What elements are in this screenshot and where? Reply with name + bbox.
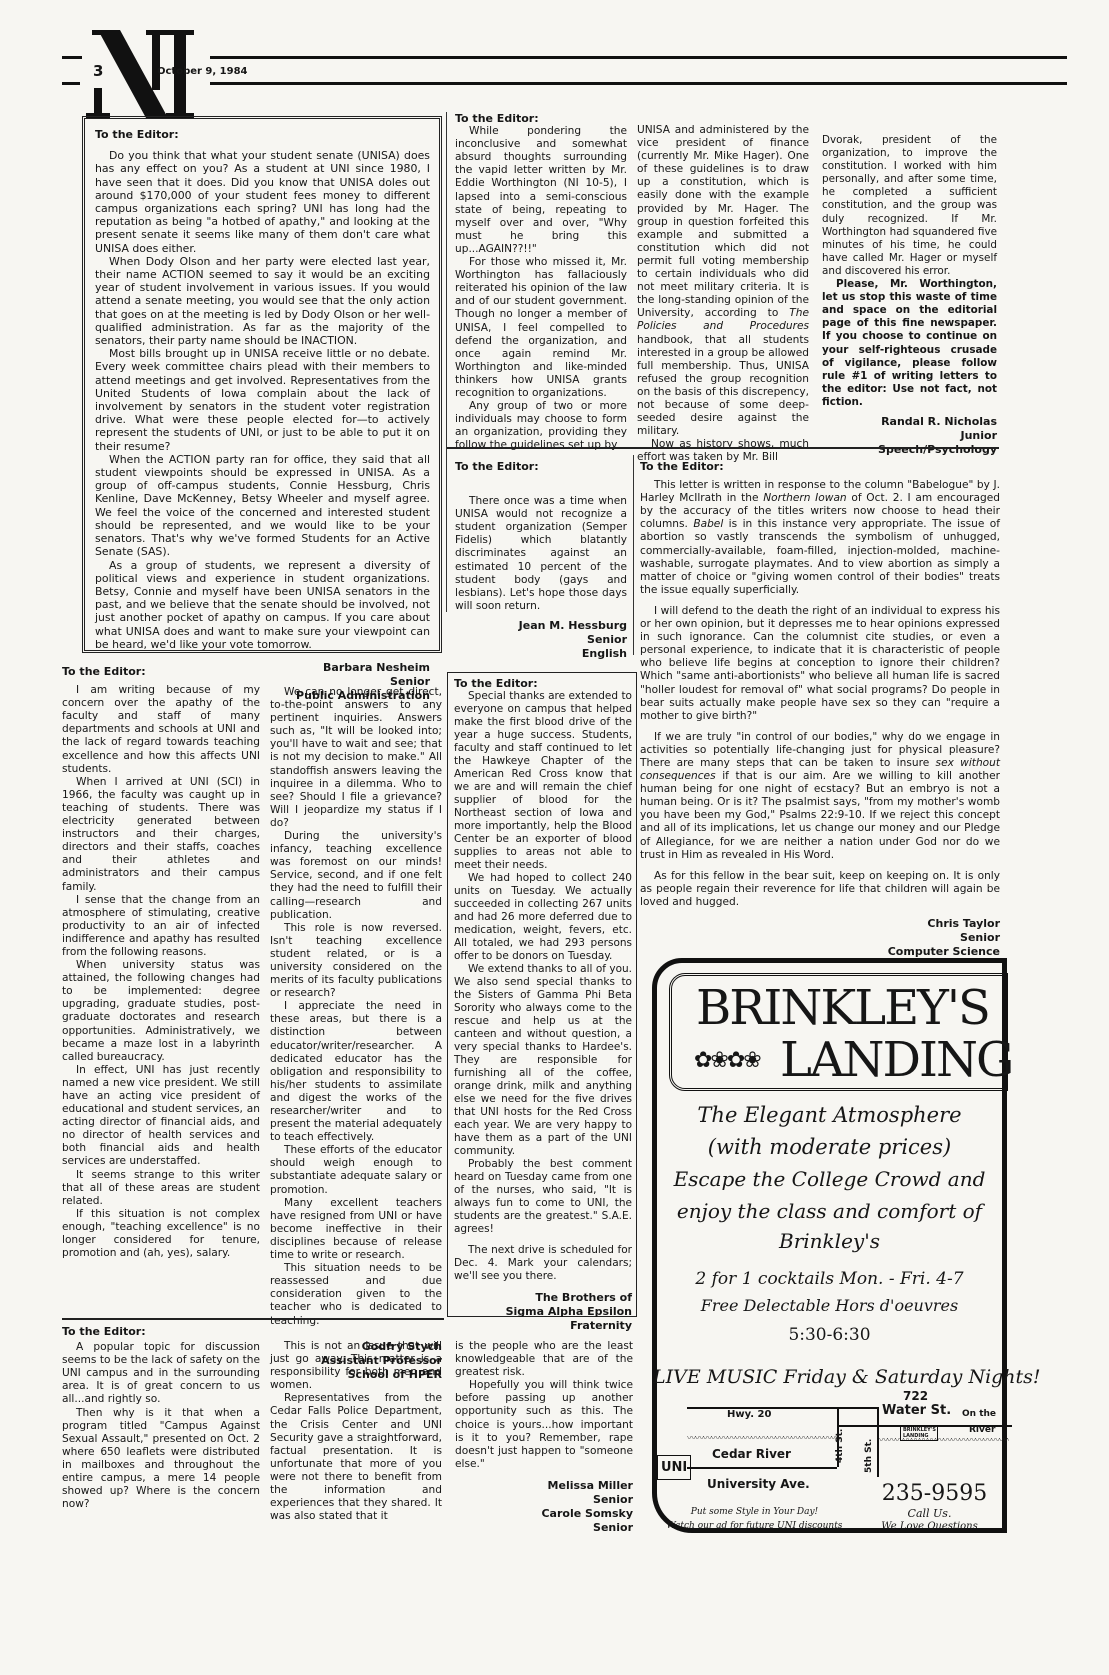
column-rule: [633, 455, 634, 655]
masthead-top-rule: [62, 56, 1067, 59]
letter-paragraph: During the university's infancy, teachin…: [270, 830, 442, 922]
letter-paragraph: This role is now reversed. Isn't teachin…: [270, 922, 442, 1001]
letter-paragraph: While pondering the inconclusive and som…: [455, 125, 627, 256]
letter-miller-col1: To the Editor: A popular topic for discu…: [62, 1325, 260, 1511]
letter-paragraph: For those who missed it, Mr. Worthington…: [455, 256, 627, 400]
letter-paragraph: Any group of two or more individuals may…: [455, 400, 627, 452]
letter-nesheim: To the Editor: Do you think that what yo…: [95, 128, 430, 703]
ad-tagline-5: Brinkley's: [657, 1229, 1002, 1253]
signature-title-2: Senior: [455, 1521, 633, 1535]
letter-paragraph: The next drive is scheduled for Dec. 4. …: [454, 1244, 632, 1283]
letter-paragraph: If we are truly "in control of our bodie…: [640, 731, 1000, 862]
issue-date: October 9, 1984: [157, 66, 248, 77]
ad-special-2: Free Delectable Hors d'oeuvres: [657, 1296, 1002, 1315]
letter-stych-col1: To the Editor: I am writing because of m…: [62, 665, 260, 1260]
letter-heading: To the Editor:: [455, 460, 627, 473]
letter-paragraph: If this situation is not complex enough,…: [62, 1208, 260, 1260]
letter-nicholas-col1: To the Editor: While pondering the incon…: [455, 112, 627, 452]
letter-paragraph: A popular topic for discussion seems to …: [62, 1341, 260, 1406]
letter-paragraph: Representatives from the Cedar Falls Pol…: [270, 1392, 442, 1523]
letter-paragraph: There once was a time when UNISA would n…: [455, 495, 627, 613]
map-label-on-the: On the: [962, 1409, 996, 1419]
letter-paragraph: Many excellent teachers have resigned fr…: [270, 1197, 442, 1262]
signature-dept: Computer Science: [640, 945, 1000, 959]
masthead-bottom-rule: [62, 82, 1067, 85]
map-location-marker: BRINKLEY'S LANDING: [900, 1425, 938, 1441]
signature-title: Senior: [640, 931, 1000, 945]
letter-paragraph-cont: is the people who are the least knowledg…: [455, 1340, 633, 1379]
letter-stych-col2: We can no longer get direct, to-the-poin…: [270, 686, 442, 1382]
map-river: 〰〰〰〰〰〰〰〰〰〰〰〰〰〰〰〰〰〰〰〰: [687, 1431, 837, 1444]
ad-style-slogan: Put some Style in Your Day!: [657, 1507, 852, 1517]
letter-sae: To the Editor: Special thanks are extend…: [454, 677, 632, 1333]
letter-heading: To the Editor:: [454, 677, 632, 690]
letter-paragraph: As for this fellow in the bear suit, kee…: [640, 870, 1000, 909]
letter-paragraph: It seems strange to this writer that all…: [62, 1169, 260, 1208]
letter-heading: To the Editor:: [640, 460, 1000, 473]
page-number: 3: [93, 62, 103, 80]
letter-paragraph: When Dody Olson and her party were elect…: [95, 255, 430, 347]
signature-title: Senior: [455, 1493, 633, 1507]
letter-paragraph: When I arrived at UNI (SCI) in 1966, the…: [62, 776, 260, 894]
letter-taylor: To the Editor: This letter is written in…: [640, 460, 1000, 959]
signature-title: Senior: [455, 633, 627, 647]
signature-dept: Speech/Psychology: [822, 443, 997, 457]
signature-name: Randal R. Nicholas: [822, 415, 997, 429]
letter-paragraph: Do you think that what your student sena…: [95, 149, 430, 255]
letter-paragraph: I will defend to the death the right of …: [640, 605, 1000, 723]
letter-heading: To the Editor:: [455, 112, 627, 125]
signature: Jean M. Hessburg Senior English: [455, 619, 627, 661]
masthead-top-rule-overlay: [62, 56, 82, 59]
signature: The Brothers of Sigma Alpha Epsilon Frat…: [454, 1291, 632, 1333]
ad-brand-line2: LANDING: [780, 1032, 1012, 1088]
letter-paragraph-cont: UNISA and administered by the vice presi…: [637, 124, 809, 438]
column-rule: [446, 112, 447, 612]
letter-heading: To the Editor:: [62, 1325, 260, 1338]
letter-paragraph: I appreciate the need in these areas, bu…: [270, 1000, 442, 1144]
ad-brand-line1: BRINKLEY'S: [696, 980, 989, 1036]
letter-paragraph: We can no longer get direct, to-the-poin…: [270, 686, 442, 830]
signature-dept: English: [455, 647, 627, 661]
ad-love-questions: We Love Questions: [857, 1521, 1002, 1532]
letter-paragraph: Probably the best comment heard on Tuesd…: [454, 1158, 632, 1236]
signature-line1: The Brothers of: [454, 1291, 632, 1305]
letter-paragraph: In effect, UNI has just recently named a…: [62, 1064, 260, 1169]
letter-paragraph: Then why is it that when a program title…: [62, 1407, 260, 1512]
map-label-5th: 5th St.: [864, 1439, 874, 1473]
letter-paragraph: Please, Mr. Worthington, let us stop thi…: [822, 278, 997, 409]
letter-hessburg: To the Editor: There once was a time whe…: [455, 460, 627, 661]
letter-paragraph: Hopefully you will think twice before pa…: [455, 1379, 633, 1471]
letter-paragraph: When the ACTION party ran for office, th…: [95, 453, 430, 559]
map-label-4th: 4th St.: [835, 1429, 845, 1463]
map-road-university: [687, 1467, 837, 1469]
signature-line2: Sigma Alpha Epsilon Fraternity: [454, 1305, 632, 1333]
letter-paragraph: When university status was attained, the…: [62, 959, 260, 1064]
map-label-river: Cedar River: [712, 1447, 791, 1461]
signature-name: Melissa Miller: [455, 1479, 633, 1493]
letter-paragraph: Special thanks are extended to everyone …: [454, 690, 632, 872]
letter-paragraph: Most bills brought up in UNISA receive l…: [95, 347, 430, 453]
letter-paragraph: These efforts of the educator should wei…: [270, 1144, 442, 1196]
ad-live-music: LIVE MUSIC Friday & Saturday Nights!: [653, 1366, 1002, 1388]
letter-paragraph: This letter is written in response to th…: [640, 479, 1000, 597]
map-road-hwy20: [687, 1407, 877, 1409]
map-label-river-right: River: [969, 1425, 995, 1435]
ad-special-3: 5:30-6:30: [657, 1325, 1002, 1345]
letter-paragraph: As a group of students, we represent a d…: [95, 559, 430, 651]
map-label-university-ave: University Ave.: [707, 1477, 810, 1491]
brinkleys-landing-ad: BRINKLEY'S ✿❀✿❀ LANDING The Elegant Atmo…: [652, 958, 1007, 1533]
ad-tagline-3: Escape the College Crowd and: [657, 1167, 1002, 1191]
letter-nicholas-col2: UNISA and administered by the vice presi…: [637, 124, 809, 464]
letter-paragraph: I am writing because of my concern over …: [62, 684, 260, 776]
ad-tagline-1: The Elegant Atmosphere: [657, 1103, 1002, 1127]
letter-nicholas-col3: Dvorak, president of the organization, t…: [822, 134, 997, 457]
ad-tagline-2: (with moderate prices): [657, 1135, 1002, 1159]
map-label-address-street: Water St.: [882, 1403, 951, 1418]
map-label-hwy: Hwy. 20: [727, 1409, 771, 1420]
letter-heading: To the Editor:: [62, 665, 260, 678]
letter-heading: To the Editor:: [95, 128, 430, 141]
ad-discounts-note: Watch our ad for future UNI discounts: [657, 1521, 852, 1531]
letter-miller-col2: This is not an issue that will just go a…: [270, 1340, 442, 1523]
section-divider: [62, 1318, 444, 1320]
letter-miller-col3: is the people who are the least knowledg…: [455, 1340, 633, 1535]
signature-title: Junior: [822, 429, 997, 443]
signature-name: Jean M. Hessburg: [455, 619, 627, 633]
map-label-address-num: 722: [903, 1389, 928, 1403]
signature-name: Chris Taylor: [640, 917, 1000, 931]
signature: Chris Taylor Senior Computer Science: [640, 917, 1000, 959]
signature-name-2: Carole Somsky: [455, 1507, 633, 1521]
section-divider: [447, 447, 999, 449]
ad-tagline-4: enjoy the class and comfort of: [657, 1199, 1002, 1223]
letter-paragraph: We had hoped to collect 240 units on Tue…: [454, 872, 632, 963]
letter-paragraph: This is not an issue that will just go a…: [270, 1340, 442, 1392]
signature: Melissa Miller Senior Carole Somsky Seni…: [455, 1479, 633, 1535]
ad-phone: 235-9595: [857, 1481, 1012, 1506]
ad-call-us: Call Us.: [857, 1507, 1002, 1520]
letter-paragraph: We extend thanks to all of you. We also …: [454, 963, 632, 1158]
ad-title-frame: BRINKLEY'S ✿❀✿❀ LANDING: [669, 973, 1008, 1091]
map-label-uni: UNI: [657, 1455, 691, 1480]
flower-ornament-icon: ✿❀✿❀: [694, 1048, 760, 1073]
letter-paragraph-cont: Dvorak, president of the organization, t…: [822, 134, 997, 278]
signature: Randal R. Nicholas Junior Speech/Psychol…: [822, 415, 997, 457]
ad-special-1: 2 for 1 cocktails Mon. - Fri. 4-7: [657, 1269, 1002, 1289]
letter-paragraph: I sense that the change from an atmosphe…: [62, 894, 260, 959]
